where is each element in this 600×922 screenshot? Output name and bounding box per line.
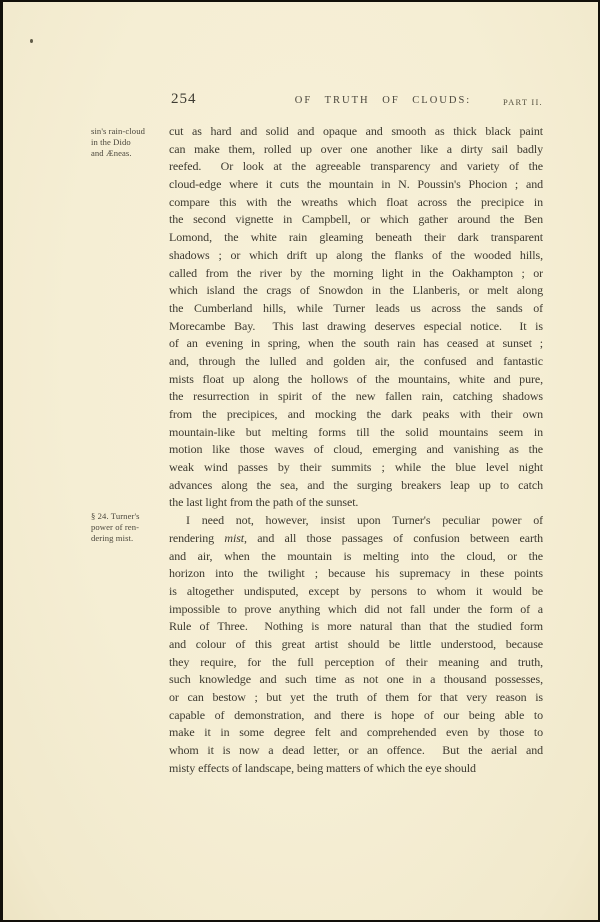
text-line: which island the crags of Snowdon in the…	[169, 282, 543, 300]
text-line: mountain-like but melting forms till the…	[169, 424, 543, 442]
part-label: PART II.	[503, 97, 543, 107]
text-line: impossible to prove anything which did n…	[169, 601, 543, 619]
book-page: 254 OF TRUTH OF CLOUDS: PART II. sin's r…	[3, 2, 598, 920]
text-line: mists float up along the hollows of the …	[169, 371, 543, 389]
text-line: the last light from the path of the suns…	[169, 494, 543, 512]
text-line: such knowledge and such time as not one …	[169, 671, 543, 689]
text-line: horizon into the twilight ; because his …	[169, 565, 543, 583]
text-line: power of ren-	[91, 522, 169, 533]
paragraph-turner-mist: I need not, however, insist upon Turner'…	[169, 512, 543, 777]
body-text-block: cut as hard and solid and opaque and smo…	[169, 123, 543, 777]
text-line: can make them, rolled up over one anothe…	[169, 141, 543, 159]
text-line: motion like those waves of cloud, emergi…	[169, 441, 543, 459]
running-header-title: OF TRUTH OF CLOUDS:	[243, 95, 523, 106]
text-line: in the Dido	[91, 137, 169, 148]
text-line: capable of demonstration, and there is h…	[169, 707, 543, 725]
text-line: I need not, however, insist upon Turner'…	[169, 512, 543, 530]
text-line: reefed. Or look at the agreeable transpa…	[169, 158, 543, 176]
text-line: from the precipices, and mocking the dar…	[169, 406, 543, 424]
scan-speck	[30, 39, 33, 43]
margin-note-section-24: § 24. Turner'spower of ren-dering mist.	[91, 511, 169, 543]
text-line: of an evening in spring, when the south …	[169, 335, 543, 353]
text-line: cut as hard and solid and opaque and smo…	[169, 123, 543, 141]
text-line: called from the river by the morning lig…	[169, 265, 543, 283]
text-line: compare this with the wreaths which floa…	[169, 194, 543, 212]
page-number: 254	[171, 91, 197, 108]
text-line: the Cumberland hills, while Turner leads…	[169, 300, 543, 318]
text-line: advances along the sea, and the surging …	[169, 477, 543, 495]
text-line: shadows ; or which drift up along the fl…	[169, 247, 543, 265]
text-line: misty effects of landscape, being matter…	[169, 760, 543, 778]
text-line: make it in some degree felt and comprehe…	[169, 724, 543, 742]
text-line: and air, when the mountain is melting in…	[169, 548, 543, 566]
text-line: whom it is now a dead letter, or an offe…	[169, 742, 543, 760]
text-line: is altogether undisputed, except by pers…	[169, 583, 543, 601]
paragraph-rain-cloud-continuation: cut as hard and solid and opaque and smo…	[169, 123, 543, 512]
text-line: Rule of Three. Nothing is more natural t…	[169, 618, 543, 636]
text-line: they require, for the full perception of…	[169, 654, 543, 672]
text-line: § 24. Turner's	[91, 511, 169, 522]
text-line: or can bestow ; but yet the truth of the…	[169, 689, 543, 707]
text-line: the resurrection in spirit of the new fa…	[169, 388, 543, 406]
text-line: weak wind passes by their summits ; whil…	[169, 459, 543, 477]
text-line: and Æneas.	[91, 148, 169, 159]
text-line: and, through the lulled and golden air, …	[169, 353, 543, 371]
text-line: Morecambe Bay. This last drawing deserve…	[169, 318, 543, 336]
text-line: Lomond, the white rain gleaming beneath …	[169, 229, 543, 247]
text-line: the second vignette in Campbell, or whic…	[169, 211, 543, 229]
margin-note-rain-cloud: sin's rain-cloudin the Didoand Æneas.	[91, 126, 169, 158]
text-line: dering mist.	[91, 533, 169, 544]
text-line: sin's rain-cloud	[91, 126, 169, 137]
text-line: rendering mist, and all those passages o…	[169, 530, 543, 548]
text-line: cloud-edge where it cuts the mountain in…	[169, 176, 543, 194]
text-line: and colour of this great artist should b…	[169, 636, 543, 654]
